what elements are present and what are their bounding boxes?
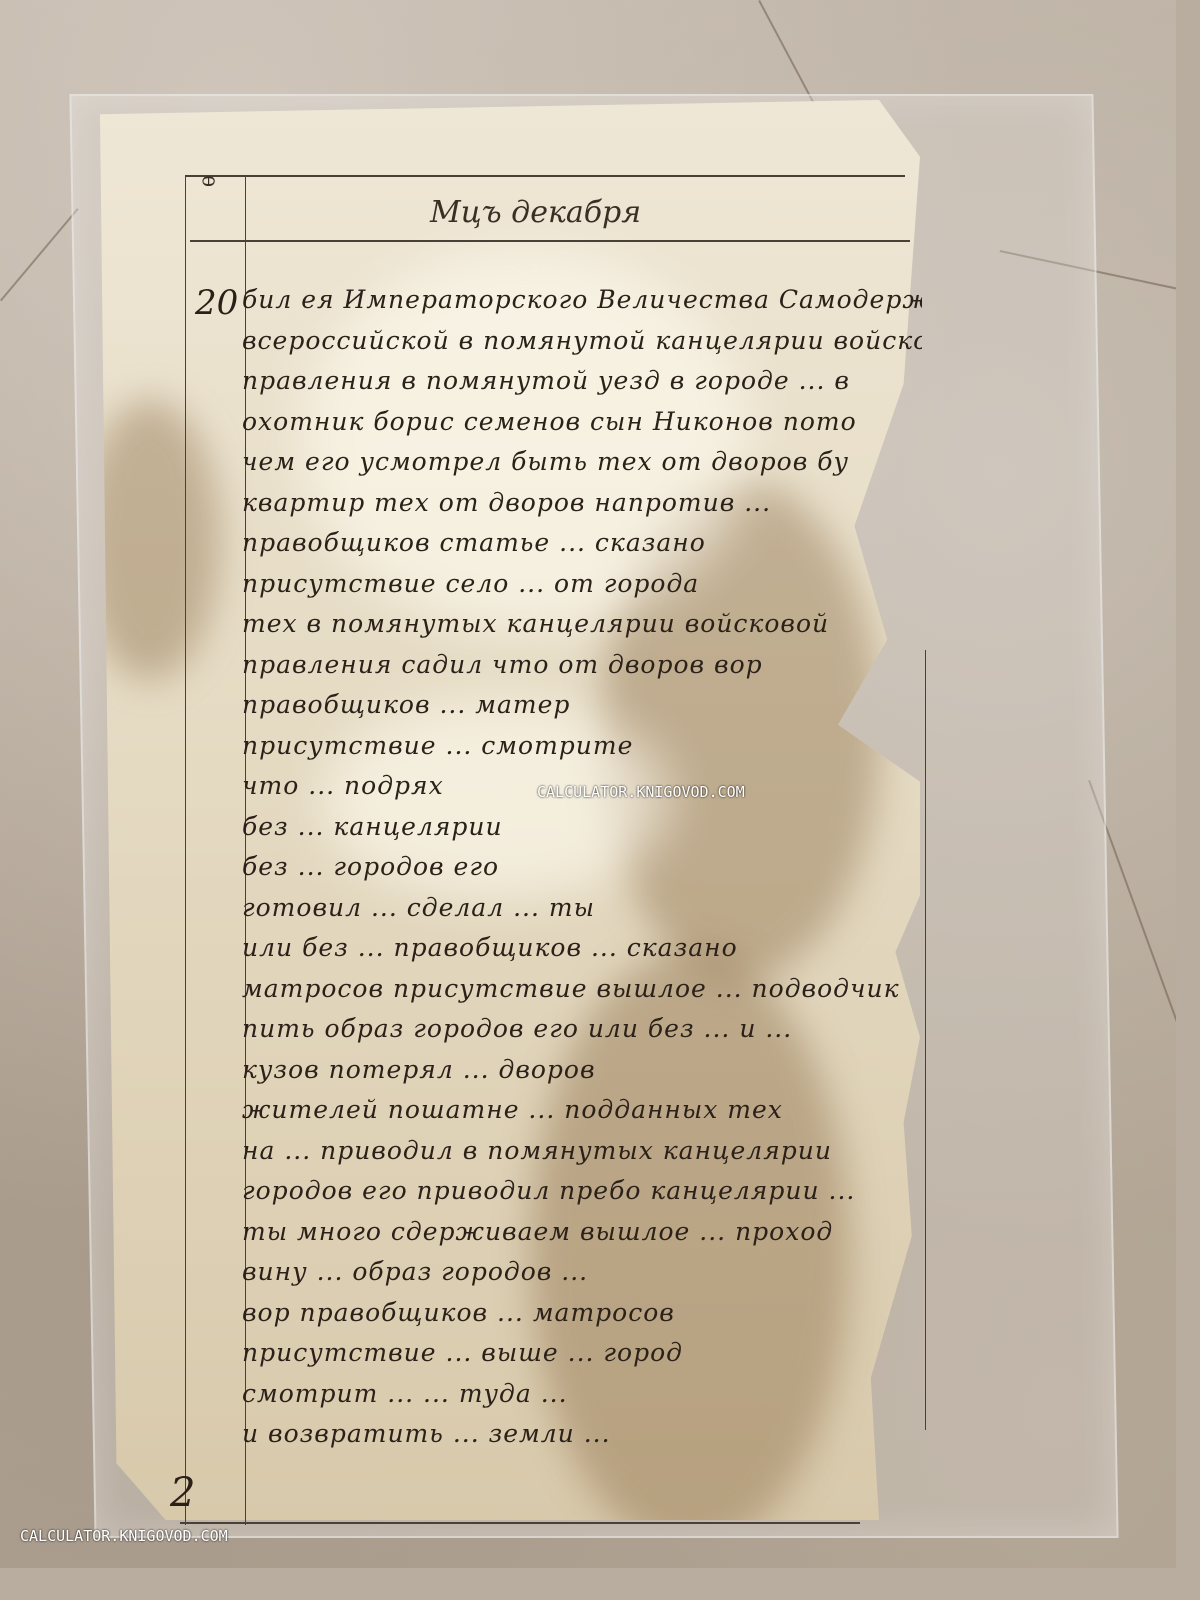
watermark-bottom-left: CALCULATOR.KNIGOVOD.COM: [20, 1527, 228, 1545]
text-line: на ... приводил в помянутых канцелярии: [242, 1136, 922, 1177]
text-line: чем его усмотрел быть тех от дворов бу: [242, 447, 922, 488]
margin-mark: ѳ: [197, 175, 222, 187]
right-margin-rule: [925, 650, 926, 1430]
header-bottom-rule: [190, 240, 910, 242]
text-line: ты много сдерживаем вышлое ... проход: [242, 1217, 922, 1258]
text-line: правления садил что от дворов вор: [242, 650, 922, 691]
text-line: всероссийской в помянутой канцелярии вой…: [242, 326, 922, 367]
text-line: пить образ городов его или без ... и ...: [242, 1014, 922, 1055]
text-line: без ... канцелярии: [242, 812, 922, 853]
text-line: кузов потерял ... дворов: [242, 1055, 922, 1096]
text-line: матросов присутствие вышлое ... подводчи…: [242, 974, 922, 1015]
text-line: присутствие село ... от города: [242, 569, 922, 610]
text-line: или без ... правобщиков ... сказано: [242, 933, 922, 974]
text-line: смотрит ... ... туда ...: [242, 1379, 922, 1420]
manuscript-text: бил ея Императорского Величества Самодер…: [242, 285, 922, 1460]
text-line: жителей пошатне ... подданных тех: [242, 1095, 922, 1136]
text-line: готовил ... сделал ... ты: [242, 893, 922, 934]
text-line: присутствие ... выше ... город: [242, 1338, 922, 1379]
text-line: тех в помянутых канцелярии войсковой: [242, 609, 922, 650]
text-line: вор правобщиков ... матросов: [242, 1298, 922, 1339]
text-line: правобщиков ... матер: [242, 690, 922, 731]
text-line: охотник борис семенов сын Никонов пото: [242, 407, 922, 448]
page-bottom-rule: [180, 1522, 860, 1524]
page-number: 2: [170, 1470, 195, 1516]
text-line: присутствие ... смотрите: [242, 731, 922, 772]
left-margin-rule: [185, 175, 186, 1525]
text-line: и возвратить ... земли ...: [242, 1419, 922, 1460]
text-line: городов его приводил пребо канцелярии ..…: [242, 1176, 922, 1217]
watermark-center: CALCULATOR.KNIGOVOD.COM: [537, 783, 745, 801]
text-line: правления в помянутой уезд в городе ... …: [242, 366, 922, 407]
text-line: бил ея Императорского Величества Самодер…: [242, 285, 922, 326]
header-top-rule: [185, 175, 905, 177]
text-line: правобщиков статье ... сказано: [242, 528, 922, 569]
date-number: 20: [195, 283, 238, 323]
text-line: вину ... образ городов ...: [242, 1257, 922, 1298]
text-line: без ... городов его: [242, 852, 922, 893]
page-title: Мцъ декабря: [430, 195, 641, 230]
text-line: квартир тех от дворов напротив ...: [242, 488, 922, 529]
